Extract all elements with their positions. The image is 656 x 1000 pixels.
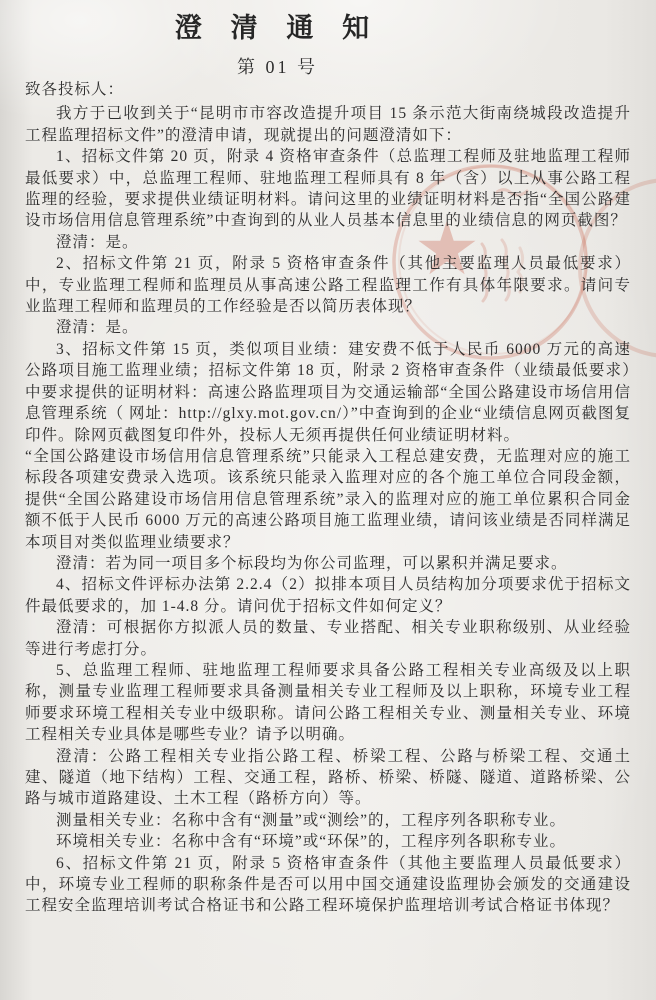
- document-number: 第 01 号: [25, 53, 530, 79]
- clarification-5: 澄清：公路工程相关专业指公路工程、桥梁工程、公路与桥梁工程、交通土建、隧道（地下…: [25, 746, 631, 810]
- question-3: 3、招标文件第 15 页，类似项目业绩：建安费不低于人民币 6000 万元的高速…: [25, 339, 631, 446]
- scanned-document-page: 澄 清 通 知 第 01 号 致各投标人： 我方于已收到关于“昆明市市容改造提升…: [0, 0, 656, 1000]
- question-6: 6、招标文件第 21 页，附录 5 资格审查条件（其他主要监理人员最低要求）中，…: [25, 853, 631, 917]
- document-body: 致各投标人： 我方于已收到关于“昆明市市容改造提升项目 15 条示范大街南绕城段…: [25, 79, 631, 917]
- clarification-2: 澄清：是。: [25, 317, 631, 338]
- page-title: 澄 清 通 知: [25, 6, 530, 45]
- document-header: 澄 清 通 知 第 01 号: [25, 6, 530, 79]
- question-4: 4、招标文件评标办法第 2.2.4（2）拟排本项目人员结构加分项要求优于招标文件…: [25, 574, 631, 617]
- clarification-3: 澄清：若为同一项目多个标段均为你公司监理，可以累积并满足要求。: [25, 553, 631, 574]
- clarification-1: 澄清：是。: [25, 232, 631, 253]
- question-2: 2、招标文件第 21 页，附录 5 资格审查条件（其他主要监理人员最低要求）中，…: [25, 253, 631, 317]
- intro-paragraph: 我方于已收到关于“昆明市市容改造提升项目 15 条示范大街南绕城段改造提升工程监…: [25, 103, 631, 146]
- clarification-5-environment: 环境相关专业：名称中含有“环境”或“环保”的，工程序列各职称专业。: [25, 831, 631, 852]
- salutation: 致各投标人：: [25, 79, 631, 100]
- question-5: 5、总监理工程师、驻地监理工程师要求具备公路工程相关专业高级及以上职称，测量专业…: [25, 660, 631, 746]
- clarification-5-survey: 测量相关专业：名称中含有“测量”或“测绘”的，工程序列各职称专业。: [25, 810, 631, 831]
- clarification-4: 澄清：可根据你方拟派人员的数量、专业搭配、相关专业职称级别、从业经验等进行考虑打…: [25, 617, 631, 660]
- question-3-continued: “全国公路建设市场信用信息管理系统”只能录入工程总建安费，无监理对应的施工标段各…: [25, 446, 631, 553]
- question-1: 1、招标文件第 20 页，附录 4 资格审查条件（总监理工程师及驻地监理工程师最…: [25, 146, 631, 232]
